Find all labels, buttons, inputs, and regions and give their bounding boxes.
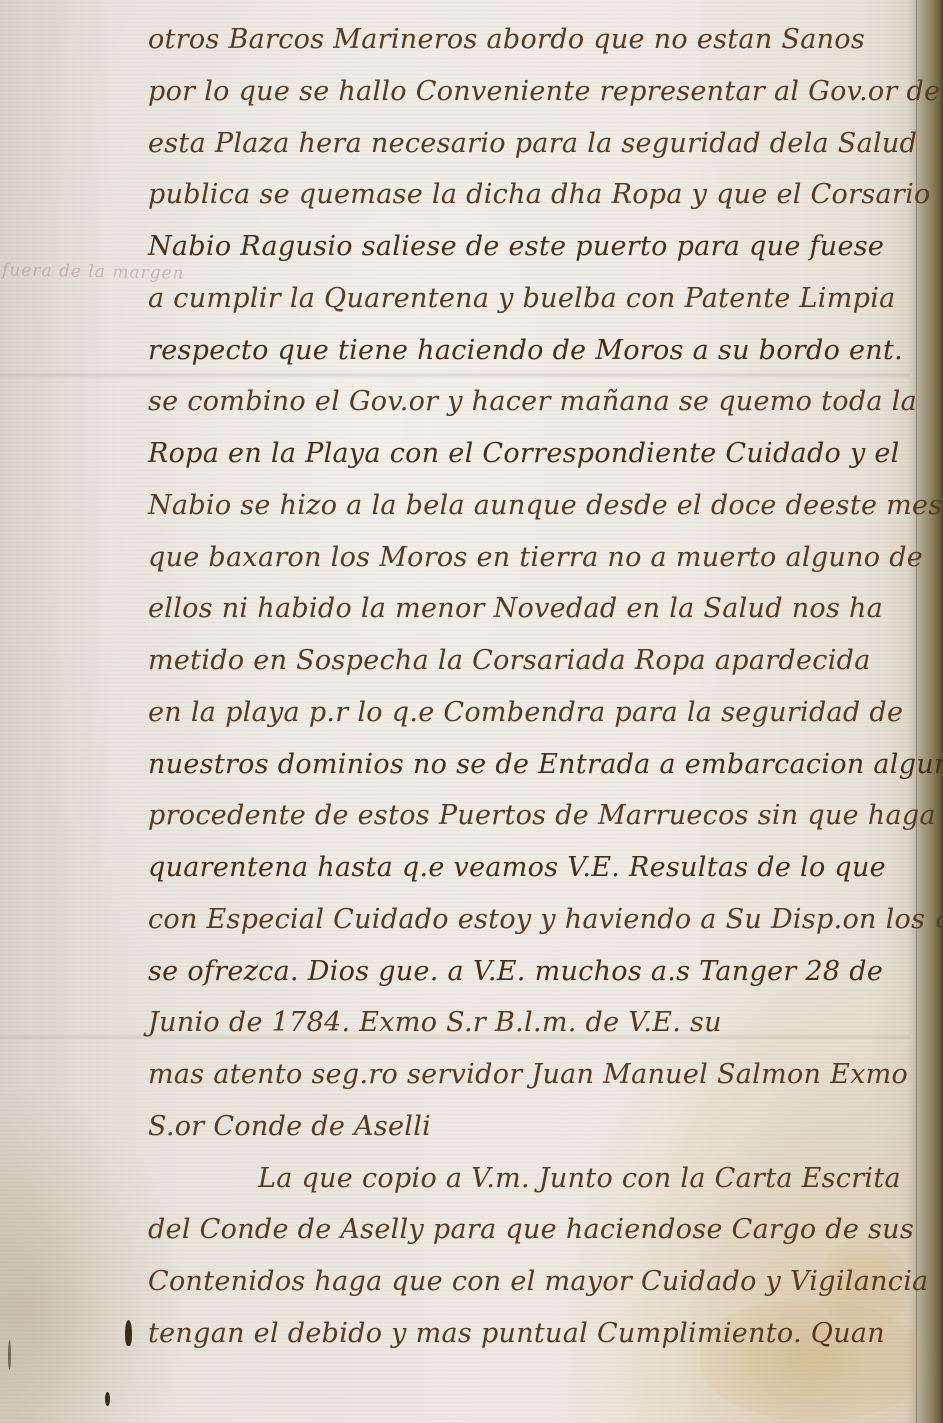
fold-crease	[0, 372, 910, 378]
text-line-24: del Conde de Aselly para que haciendose …	[148, 1214, 914, 1245]
text-line-9: Ropa en la Playa con el Correspondiente …	[148, 438, 900, 469]
text-line-11: que baxaron los Moros en tierra no a mue…	[148, 542, 923, 573]
text-line-23: La que copio a V.m. Junto con la Carta E…	[258, 1163, 901, 1194]
text-line-13: metido en Sospecha la Corsariada Ropa ap…	[148, 645, 871, 676]
text-line-8: se combino el Gov.or y hacer mañana se q…	[148, 386, 917, 417]
text-line-22: S.or Conde de Aselli	[148, 1111, 431, 1142]
ink-mark	[8, 1340, 11, 1370]
text-line-5: Nabio Ragusio saliese de este puerto par…	[148, 231, 884, 262]
text-line-26: tengan el debido y mas puntual Cumplimie…	[148, 1318, 885, 1349]
text-line-20: Junio de 1784. Exmo S.r B.l.m. de V.E. s…	[148, 1007, 722, 1038]
text-line-3: esta Plaza hera necesario para la seguri…	[148, 128, 917, 159]
text-line-14: en la playa p.r lo q.e Combendra para la…	[148, 697, 903, 728]
text-line-4: publica se quemase la dicha dha Ropa y q…	[148, 179, 931, 210]
text-line-25: Contenidos haga que con el mayor Cuidado…	[148, 1266, 929, 1297]
manuscript-page: fuera de la margen otros Barcos Marinero…	[0, 0, 943, 1423]
text-line-6: a cumplir la Quarentena y buelba con Pat…	[148, 283, 896, 314]
text-line-2: por lo que se hallo Conveniente represen…	[148, 76, 940, 107]
text-line-10: Nabio se hizo a la bela aunque desde el …	[148, 490, 943, 521]
page-binding-edge	[916, 0, 943, 1423]
text-line-17: quarentena hasta q.e veamos V.E. Resulta…	[148, 852, 886, 883]
text-line-21: mas atento seg.ro servidor Juan Manuel S…	[148, 1059, 908, 1090]
text-line-15: nuestros dominios no se de Entrada a emb…	[148, 749, 943, 780]
bleed-through-text: fuera de la margen	[2, 260, 185, 283]
text-line-1: otros Barcos Marineros abordo que no est…	[148, 24, 865, 55]
text-line-19: se ofrezca. Dios gue. a V.E. muchos a.s …	[148, 956, 883, 987]
text-line-18: con Especial Cuidado estoy y haviendo a …	[148, 904, 943, 935]
ink-blot	[105, 1392, 110, 1406]
text-line-16: procedente de estos Puertos de Marruecos…	[148, 800, 943, 831]
text-line-12: ellos ni habido la menor Novedad en la S…	[148, 593, 883, 624]
ink-blot	[125, 1320, 132, 1346]
text-line-7: respecto que tiene haciendo de Moros a s…	[148, 335, 903, 366]
